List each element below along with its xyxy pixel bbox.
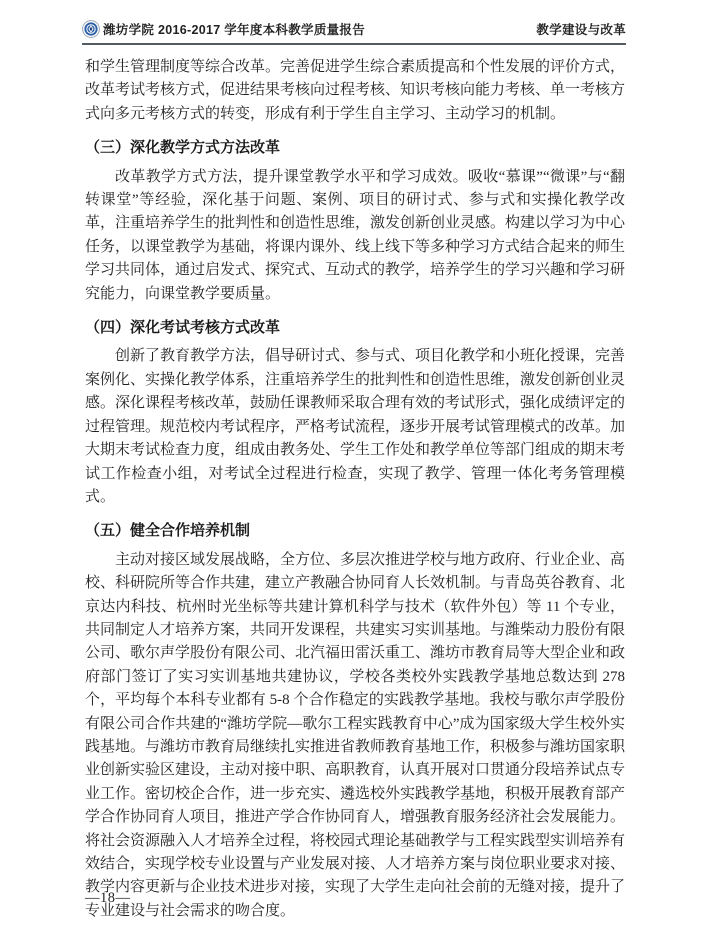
section-heading-3: （三）深化教学方式方法改革 [85, 136, 625, 159]
intro-paragraph: 和学生管理制度等综合改革。完善促进学生综合素质提高和个性发展的评价方式，改革考试… [85, 56, 625, 126]
section-heading-5: （五）健全合作培养机制 [85, 519, 625, 542]
university-emblem-icon [82, 20, 100, 38]
section-heading-4: （四）深化考试考核方式改革 [85, 316, 625, 339]
report-title: 潍坊学院 2016-2017 学年度本科教学质量报告 [103, 20, 365, 38]
section-5-paragraph: 主动对接区域发展战略，全方位、多层次推进学校与地方政府、行业企业、高校、科研院所… [85, 549, 625, 924]
page-header: 潍坊学院 2016-2017 学年度本科教学质量报告 教学建设与改革 [82, 20, 626, 45]
document-page: 潍坊学院 2016-2017 学年度本科教学质量报告 教学建设与改革 和学生管理… [0, 0, 709, 945]
chapter-title: 教学建设与改革 [536, 20, 626, 38]
document-body: 和学生管理制度等综合改革。完善促进学生综合素质提高和个性发展的评价方式，改革考试… [85, 56, 625, 923]
section-4-paragraph: 创新了教育教学方法，倡导研讨式、参与式、项目化教学和小班化授课，完善案例化、实操… [85, 345, 625, 509]
header-left: 潍坊学院 2016-2017 学年度本科教学质量报告 [82, 20, 365, 38]
page-number: —18— [85, 890, 131, 907]
section-3-paragraph: 改革教学方式方法，提升课堂教学水平和学习成效。吸收“慕课”“微课”与“翻转课堂”… [85, 166, 625, 306]
